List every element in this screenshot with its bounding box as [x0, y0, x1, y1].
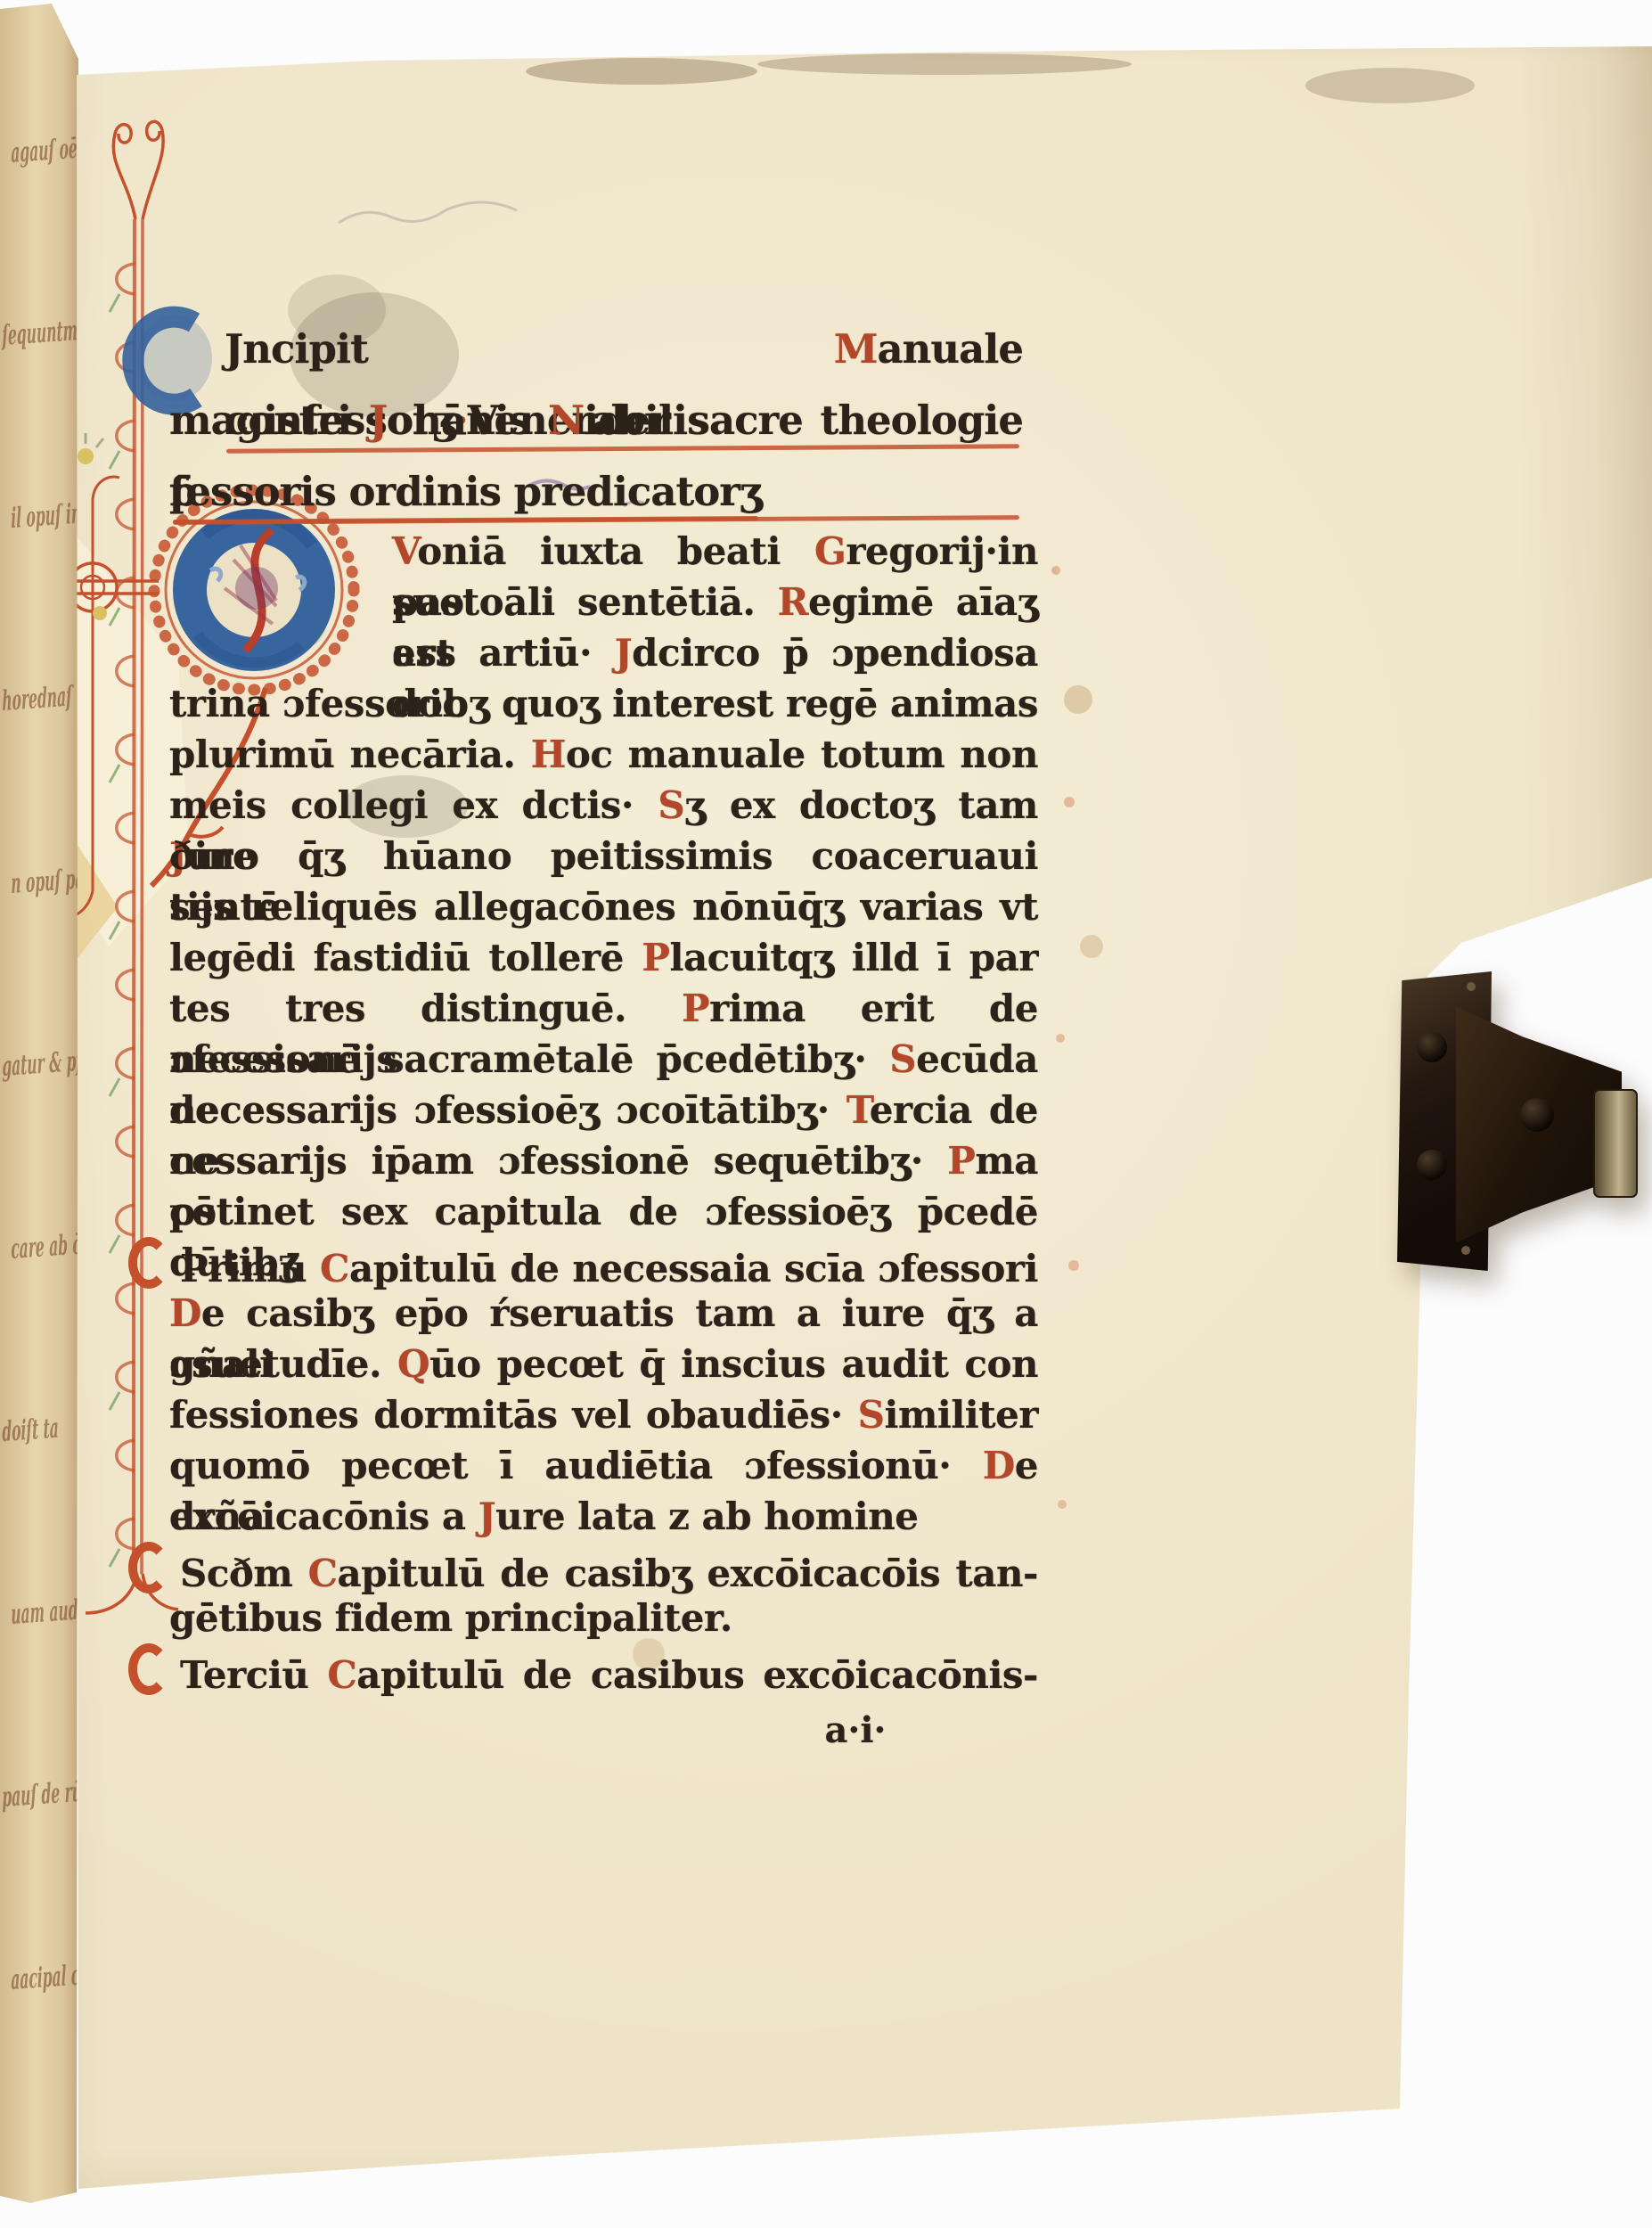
text-line: cōtinet sex capitula de ɔfessioēʒ p̄cedē…	[169, 1186, 1038, 1237]
previous-leaf-text: care ab ō	[11, 1226, 78, 1266]
rubricated-text: H	[531, 733, 566, 776]
rubricated-text: S	[658, 783, 684, 827]
text-line: tes tres distinguē. Prima erit de necess…	[169, 983, 1038, 1034]
text-segment: apitulū de necessaia scīa ɔfessori	[349, 1247, 1038, 1290]
text-segment: plurimū necāria.	[169, 733, 531, 776]
text-segment: excōicacōnis a	[169, 1495, 478, 1538]
previous-leaf-text: il opuſ inp	[11, 496, 78, 535]
rubricated-text: C	[308, 1552, 338, 1595]
clasp-rivet	[1520, 1098, 1554, 1132]
previous-leaf-text: doiſt ta	[2, 1409, 78, 1448]
text-segment: Terciū	[180, 1653, 327, 1697]
paraph-mark-icon	[128, 1643, 169, 1695]
rubricated-text: J	[615, 631, 632, 675]
rubricated-text: P	[682, 987, 709, 1030]
text-line: Voniā iuxta beati Gregorij·in suo	[392, 526, 1038, 577]
text-segment: ars artiū·	[392, 631, 615, 675]
text-segment: ūo pecœt q̄ inscius audit con	[429, 1342, 1038, 1386]
text-line: meis collegi ex dctis· Sʒ ex doctoʒ tam …	[169, 780, 1038, 831]
rubricated-text: M	[834, 325, 878, 373]
clasp-nail	[1467, 982, 1476, 991]
text-block: Voniā iuxta beati Gregorij·in suopastoāl…	[169, 526, 1038, 1694]
text-segment: magistri	[169, 397, 369, 444]
rubricated-text: P	[642, 936, 669, 979]
text-segment: fessiones dormitās vel obaudiēs·	[169, 1393, 858, 1437]
text-segment: fessoris ordinis predicatorʒ	[169, 468, 762, 515]
text-segment: cessarijs ip̄am ɔfessionē sequētibʒ·	[169, 1139, 947, 1183]
text-segment: lacuitqʒ illd ī par	[669, 936, 1038, 979]
green-accents	[110, 294, 119, 1567]
rubricated-text: J	[478, 1495, 495, 1538]
clasp-rivet	[1417, 1032, 1447, 1062]
previous-page-edge: agauſ oēſequuntmil opuſ inphorednaſn opu…	[0, 4, 78, 2205]
text-segment: oc manuale totum non	[566, 733, 1038, 776]
text-segment: ʒ ex doctoʒ tam	[684, 783, 1038, 827]
rubricated-text: S	[889, 1037, 916, 1081]
previous-leaf-text: agauſ oē	[11, 130, 78, 169]
text-line: gētibus fidem principaliter.	[169, 1593, 1038, 1643]
text-line: ɔsuetudīe. Qūo pecœt q̄ inscius audit co…	[169, 1339, 1038, 1389]
text-segment: apitulū de casibʒ excōicacōis tan-	[338, 1552, 1038, 1595]
rubricated-text: V	[392, 529, 417, 573]
text-segment: ure lata z ab homine	[495, 1495, 918, 1538]
text-line: necessarijs ɔfessioēʒ ɔcoītātibʒ· Tercia…	[169, 1085, 1038, 1135]
text-segment: tijs reliquēs allegacōnes nōnūq̄ʒ varias…	[169, 885, 1038, 929]
text-line: cessarijs ip̄am ɔfessionē sequētibʒ· Pma…	[169, 1135, 1038, 1186]
rubricated-text: R	[778, 580, 808, 624]
book-clasp	[1397, 964, 1640, 1278]
text-segment: Primū	[180, 1247, 320, 1290]
text-segment: Scðm	[180, 1552, 308, 1595]
heading-line: Jncipit Manuale confessorʒ·Venerabilis	[169, 314, 1023, 385]
text-line: Terciū Capitulū de casibus excōicacōnis-	[169, 1643, 1038, 1694]
text-segment: Jncipit	[225, 325, 834, 373]
text-line: pastoāli sentētiā. Regimē aīaʒ est	[392, 577, 1038, 627]
text-segment: oniā iuxta beati	[417, 529, 814, 573]
clasp-rivet	[1417, 1150, 1447, 1180]
text-segment: ɔfessionē sacramētalē p̄cedētibʒ·	[169, 1037, 889, 1081]
rubricated-text: S	[858, 1393, 885, 1437]
previous-leaf-text: aacipal cū	[11, 1957, 78, 1996]
rubricated-text: D	[983, 1444, 1015, 1487]
rubricated-text: G	[814, 529, 846, 573]
clasp-catch-metal	[1593, 1089, 1638, 1198]
text-line: excōicacōnis a Jure lata z ab homine	[169, 1491, 1038, 1542]
rubricated-text: P	[947, 1139, 975, 1183]
text-segment: legēdi fastidiū tollerē	[169, 936, 642, 979]
paraph-mark-icon	[128, 1542, 169, 1593]
text-line: ars artiū· Jdcirco p̄ ɔpendiosa doc	[392, 627, 1038, 678]
previous-leaf-text: horednaſ	[2, 678, 78, 717]
stain	[1064, 685, 1092, 714]
rubricated-text: C	[320, 1247, 349, 1290]
rubricated-text: T	[846, 1088, 870, 1132]
heading-line: fessoris ordinis predicatorʒ	[169, 456, 1023, 528]
text-line: plurimū necāria. Hoc manuale totum non	[169, 729, 1038, 780]
previous-leaf-text: ſequuntm	[2, 313, 78, 352]
rail-scrolls	[117, 264, 135, 1549]
photograph: agauſ oēſequuntmil opuſ inphorednaſn opu…	[0, 0, 1652, 2228]
text-line: tijs reliquēs allegacōnes nōnūq̄ʒ varias…	[169, 881, 1038, 932]
text-segment: necessarijs ɔfessioēʒ ɔcoītātibʒ·	[169, 1088, 846, 1132]
pencil-scribble	[339, 202, 517, 223]
text-segment: imiliter	[884, 1393, 1038, 1437]
text-segment: quomō pecœt ī audiētia ɔfessionū·	[169, 1444, 983, 1487]
text-segment: ohānis	[387, 397, 548, 444]
clasp-nail	[1461, 1246, 1470, 1255]
rubricated-text: D	[169, 1291, 201, 1335]
text-segment: trina ɔfessoribʒ quoʒ interest regē anim…	[169, 682, 1038, 725]
paraph-mark-icon	[128, 1237, 169, 1289]
rubricated-text: Q	[397, 1342, 429, 1386]
text-line: legēdi fastidiū tollerē Placuitqʒ illd ī…	[169, 932, 1038, 983]
heading-line: magistri Johānis Nider sacre theologie p…	[169, 385, 1023, 456]
text-line: De casibʒ ep̄o ŕseruatis tam a iure q̄ʒ …	[169, 1288, 1038, 1339]
previous-leaf-text: gatur & pſ	[2, 1044, 78, 1083]
quire-signature: a·i·	[784, 1709, 927, 1751]
text-segment: meis collegi ex dctis·	[169, 783, 658, 827]
text-segment: apitulū de casibus excōicacōnis-	[356, 1653, 1038, 1697]
text-line: trina ɔfessoribʒ quoʒ interest regē anim…	[169, 678, 1038, 729]
rubricated-text: J	[369, 397, 387, 444]
text-segment: pastoāli sentētiā.	[392, 580, 778, 624]
text-line: fessiones dormitās vel obaudiēs· Similit…	[169, 1389, 1038, 1440]
previous-leaf-text: n opuſ pa	[11, 861, 78, 900]
rubricated-text: N	[548, 397, 584, 444]
rubricated-text: C	[327, 1653, 356, 1697]
text-line: ðino q̄ʒ hūano peitissimis coaceruaui se…	[169, 831, 1038, 881]
previous-leaf-text: pauſ de rū	[2, 1774, 78, 1814]
text-segment: gētibus fidem principaliter.	[169, 1596, 732, 1640]
text-line: quomō pecœt ī audiētia ɔfessionū· De drñ…	[169, 1440, 1038, 1491]
text-segment: tes tres distinguē.	[169, 987, 682, 1030]
text-line: Primū Capitulū de necessaia scīa ɔfessor…	[169, 1237, 1038, 1288]
text-line: Scðm Capitulū de casibʒ excōicacōis tan-	[169, 1542, 1038, 1593]
heading-block: Jncipit Manuale confessorʒ·Venerabilisma…	[169, 314, 1023, 528]
text-line: ɔfessionē sacramētalē p̄cedētibʒ· Secūda…	[169, 1034, 1038, 1085]
previous-leaf-text: uam audi	[11, 1592, 78, 1631]
text-segment: ɔsuetudīe.	[169, 1342, 397, 1386]
